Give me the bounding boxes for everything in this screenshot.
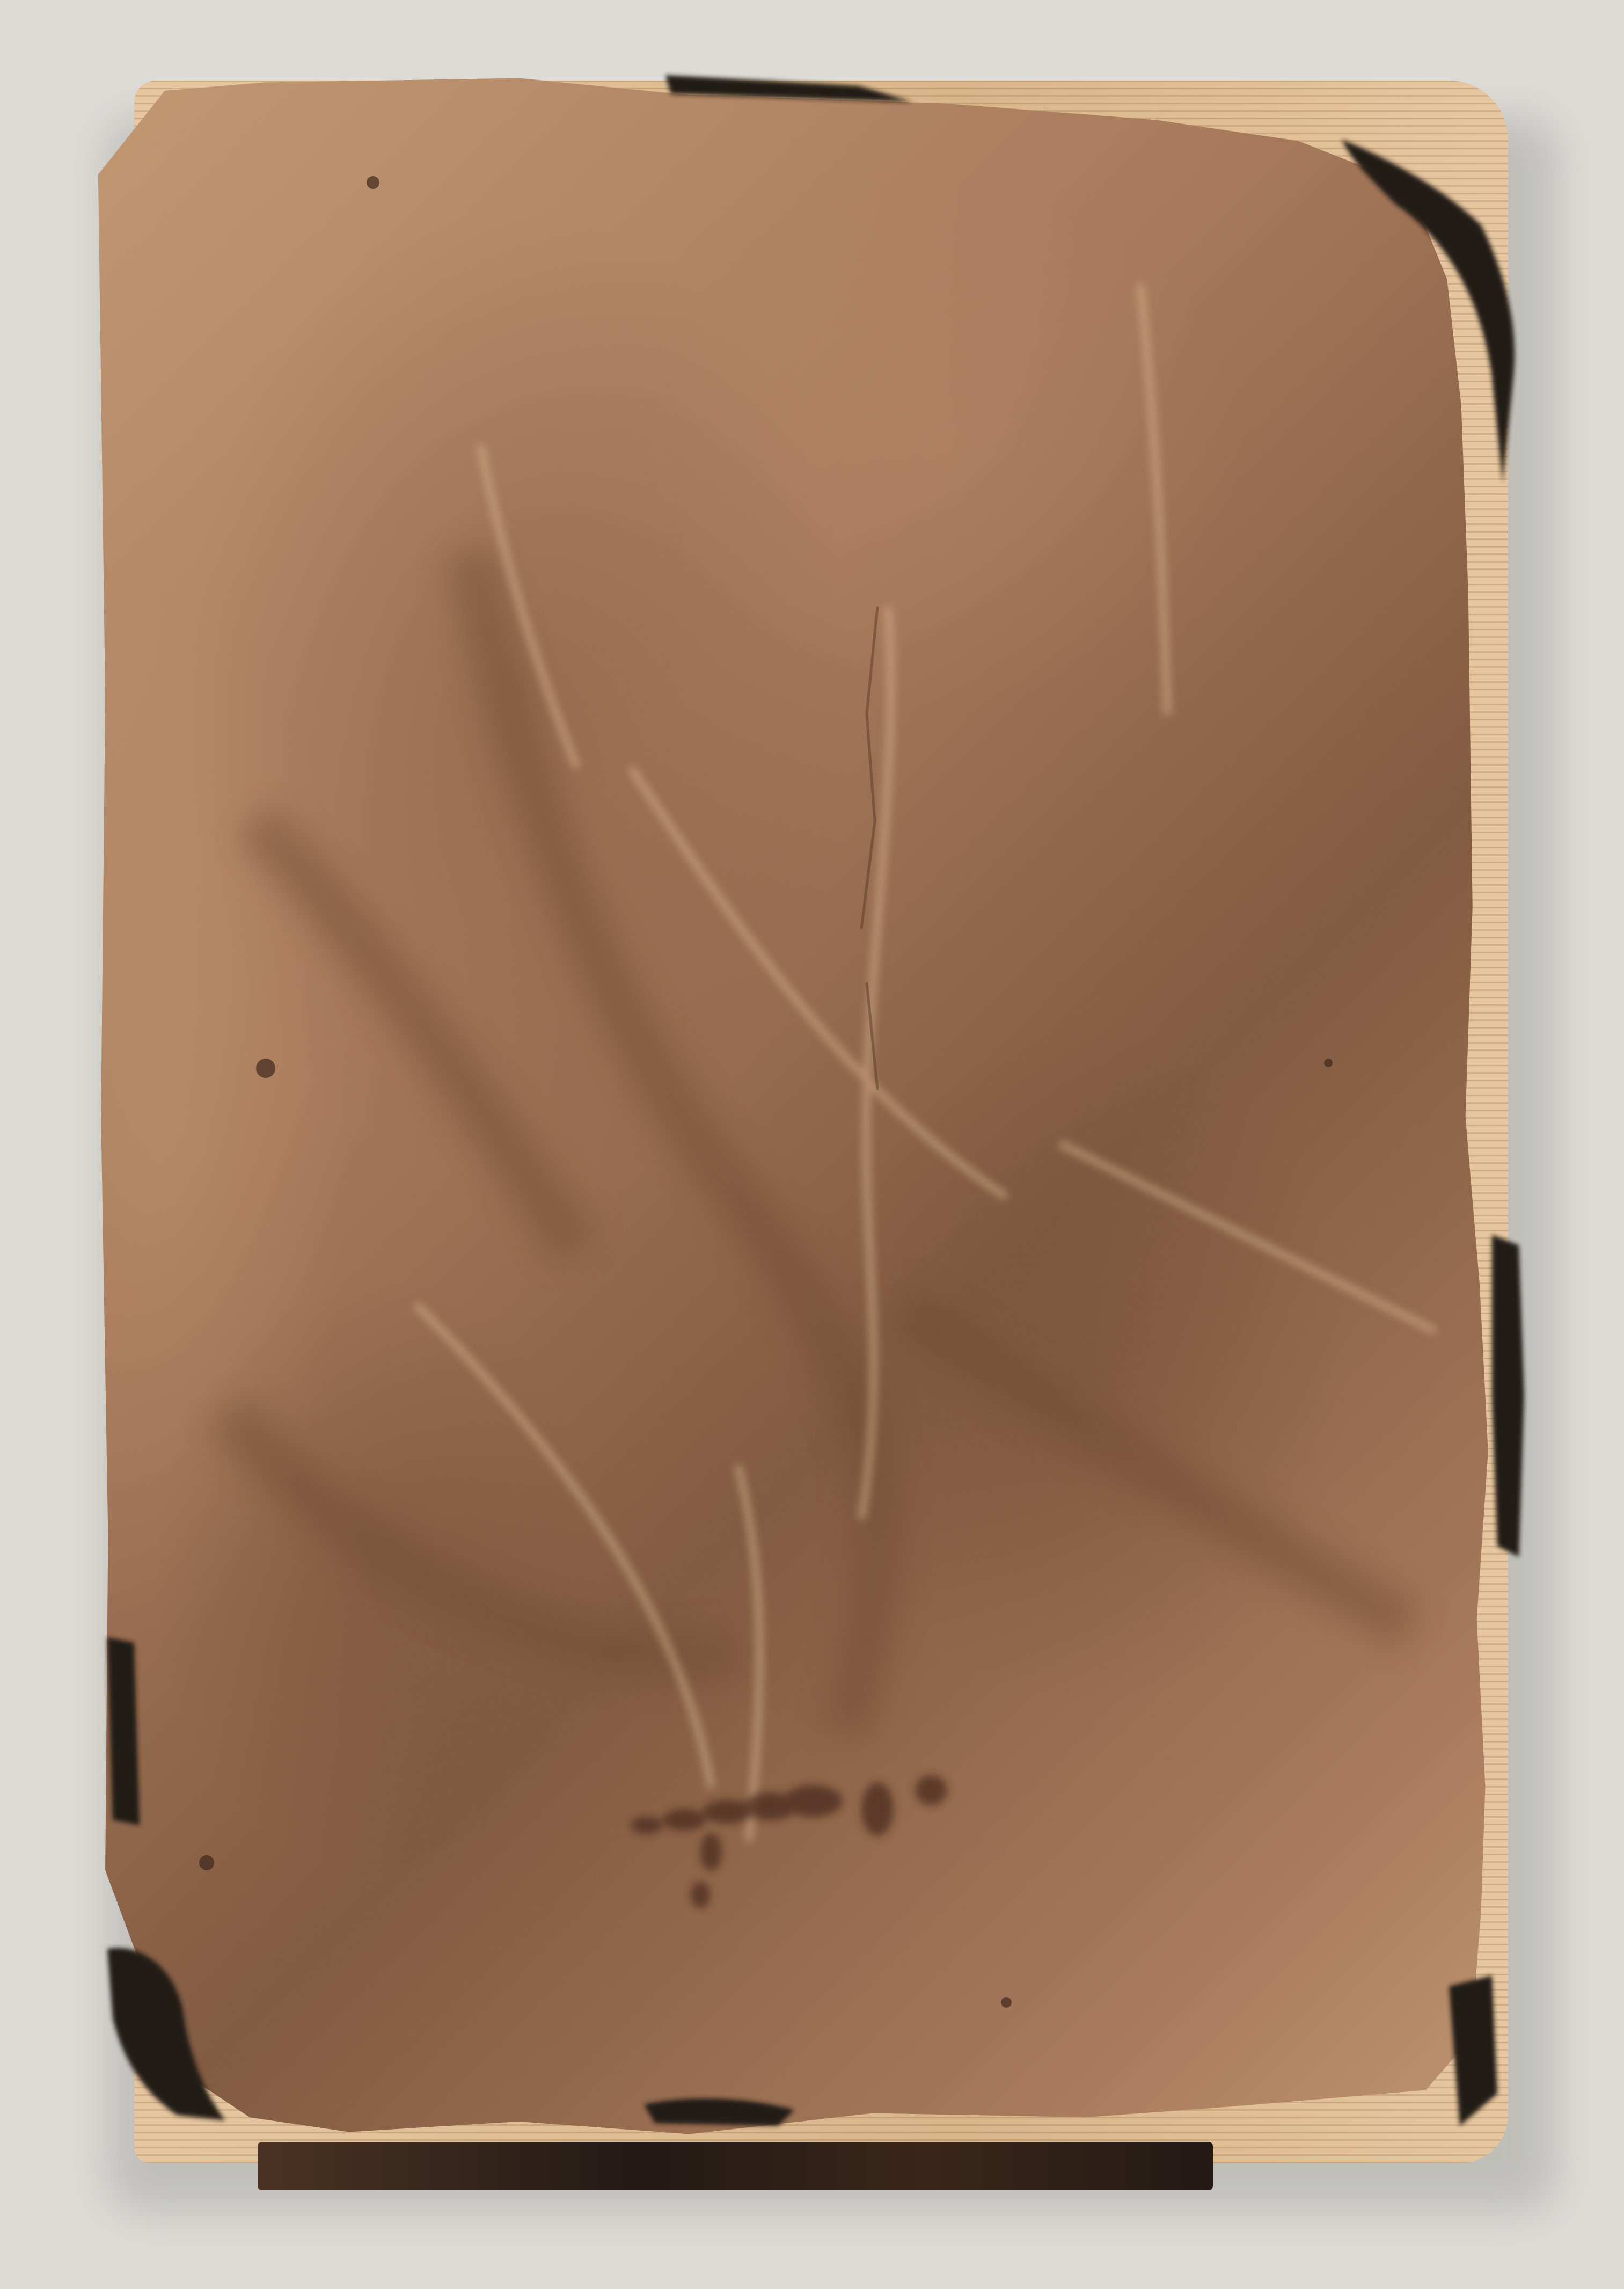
burnt-edges: [0, 0, 1624, 2289]
burn-mark-bottom-left: [107, 1948, 225, 2120]
burn-mark-bottom-right: [1449, 1975, 1497, 2126]
burn-mark-top-right: [1342, 140, 1515, 483]
burn-mark-bottom: [644, 2098, 794, 2126]
photo-background: [0, 0, 1624, 2289]
burn-mark-top: [665, 75, 912, 102]
burn-mark-left-side: [107, 1637, 140, 1825]
burn-mark-right-side: [1492, 1235, 1524, 1557]
